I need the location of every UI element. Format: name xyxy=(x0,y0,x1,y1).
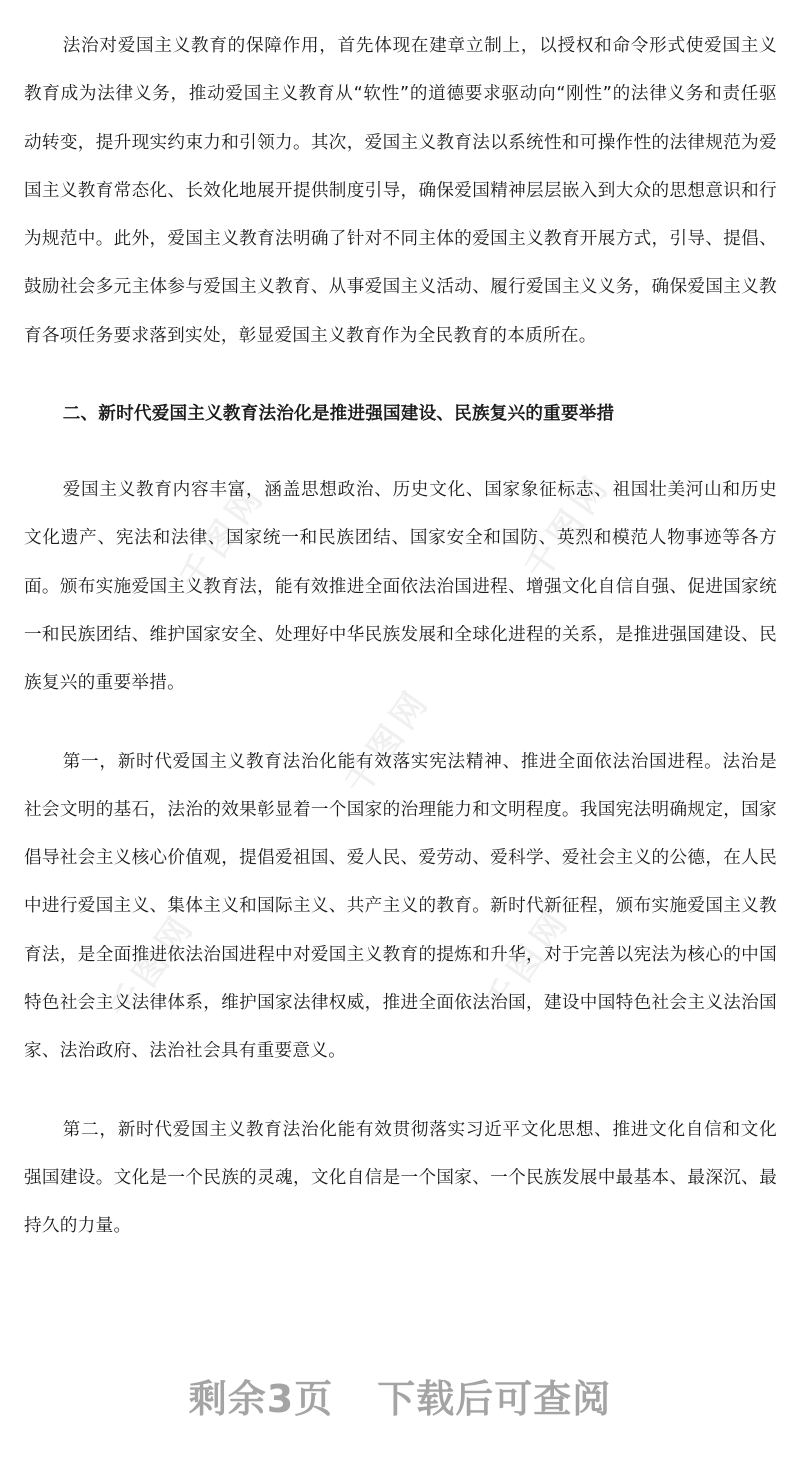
download-hint-label: 下载后可查阅 xyxy=(377,1377,611,1421)
remaining-pages-banner[interactable]: 剩余3页下载后可查阅 xyxy=(0,1368,800,1423)
remaining-pages-label: 剩余3页 xyxy=(189,1377,333,1421)
section-heading: 二、新时代爱国主义教育法治化是推进强国建设、民族复兴的重要举措 xyxy=(24,390,777,438)
document-page: 法治对爱国主义教育的保障作用，首先体现在建章立制上，以授权和命令形式使爱国主义教… xyxy=(24,22,777,1251)
paragraph-gap xyxy=(24,1076,777,1106)
body-paragraph: 第二，新时代爱国主义教育法治化能有效贯彻落实习近平文化思想、推进文化自信和文化强… xyxy=(24,1106,777,1251)
body-paragraph: 爱国主义教育内容丰富，涵盖思想政治、历史文化、国家象征标志、祖国壮美河山和历史文… xyxy=(24,466,777,707)
paragraph-gap xyxy=(24,708,777,738)
body-paragraph: 法治对爱国主义教育的保障作用，首先体现在建章立制上，以授权和命令形式使爱国主义教… xyxy=(24,22,777,360)
body-paragraph: 第一，新时代爱国主义教育法治化能有效落实宪法精神、推进全面依法治国进程。法治是社… xyxy=(24,738,777,1076)
